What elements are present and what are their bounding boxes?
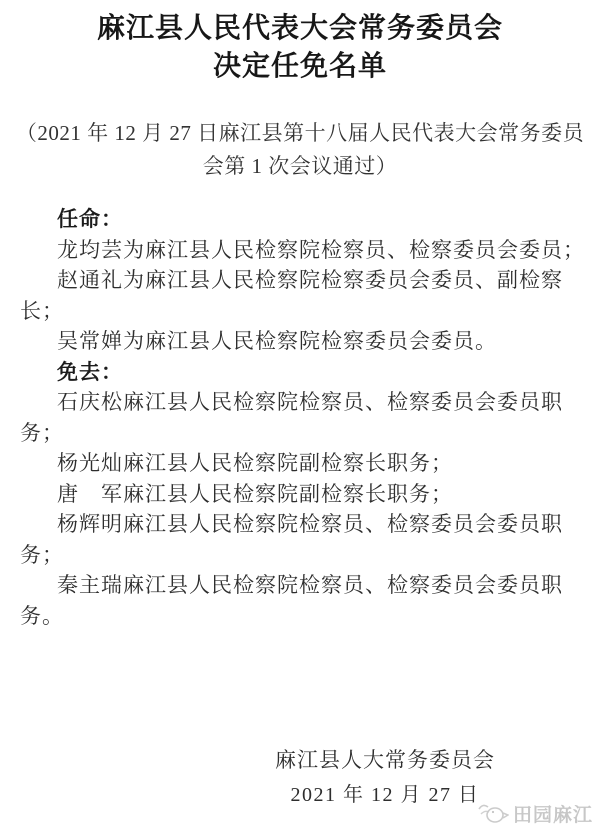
appointment-item-2: 赵通礼为麻江县人民检察院检察委员会委员、副检察 xyxy=(20,265,580,296)
watermark: 田园麻江 xyxy=(477,800,593,827)
removal-item-5: 秦主瑞麻江县人民检察院检察员、检察委员会委员职 xyxy=(20,570,580,601)
removal-item-4: 杨辉明麻江县人民检察院检察员、检察委员会委员职 xyxy=(20,509,580,540)
removal-heading: 免去： xyxy=(20,357,580,388)
bird-icon xyxy=(477,801,509,827)
title-line-1: 麻江县人民代表大会常务委员会 xyxy=(0,10,600,48)
signature-block: 麻江县人大常务委员会 2021 年 12 月 27 日 xyxy=(270,743,500,813)
title-line-2: 决定任免名单 xyxy=(0,48,600,86)
watermark-label: 田园麻江 xyxy=(513,800,593,827)
removal-item-1-wrap: 务； xyxy=(20,418,580,449)
signature-date: 2021 年 12 月 27 日 xyxy=(270,777,500,813)
removal-item-2: 杨光灿麻江县人民检察院副检察长职务； xyxy=(20,448,580,479)
removal-item-3: 唐 军麻江县人民检察院副检察长职务； xyxy=(20,479,580,510)
removal-item-5-wrap: 务。 xyxy=(20,601,580,632)
document-title: 麻江县人民代表大会常务委员会 决定任免名单 xyxy=(0,0,600,86)
appointment-item-3: 吴常婵为麻江县人民检察院检察委员会委员。 xyxy=(20,326,580,357)
appointment-item-2-wrap: 长； xyxy=(20,296,580,327)
appointment-heading: 任命： xyxy=(20,204,580,235)
subtitle-line-2: 会第 1 次会议通过） xyxy=(0,150,600,183)
appointment-item-1: 龙均芸为麻江县人民检察院检察员、检察委员会委员； xyxy=(20,235,580,266)
document-page: 麻江县人民代表大会常务委员会 决定任免名单 （2021 年 12 月 27 日麻… xyxy=(0,0,600,832)
removal-item-4-wrap: 务； xyxy=(20,540,580,571)
subtitle-line-1: （2021 年 12 月 27 日麻江县第十八届人民代表大会常务委员 xyxy=(0,117,600,150)
signature-organization: 麻江县人大常务委员会 xyxy=(270,743,500,777)
removal-item-1: 石庆松麻江县人民检察院检察员、检察委员会委员职 xyxy=(20,387,580,418)
document-subtitle: （2021 年 12 月 27 日麻江县第十八届人民代表大会常务委员 会第 1 … xyxy=(0,117,600,183)
document-body: 任命： 龙均芸为麻江县人民检察院检察员、检察委员会委员； 赵通礼为麻江县人民检察… xyxy=(0,204,600,631)
